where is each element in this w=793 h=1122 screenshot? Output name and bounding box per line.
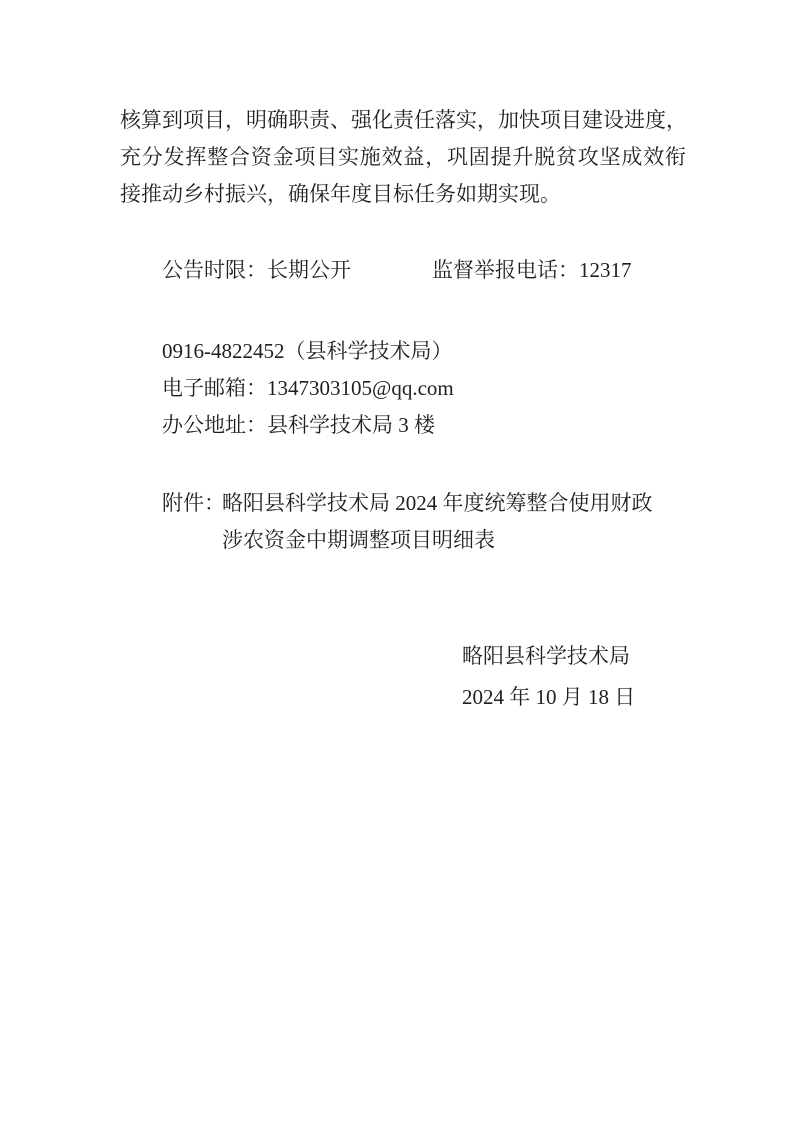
body-text-line-1: 核算到项目，明确职责、强化责任落实，加快项目建设进度， (120, 102, 690, 139)
contact-email-line: 电子邮箱：1347303105@qq.com (162, 370, 454, 407)
contact-phone-line: 0916-4822452（县科学技术局） (162, 333, 454, 370)
contact-address-line: 办公地址：县科学技术局 3 楼 (162, 407, 454, 444)
report-hotline: 监督举报电话：12317 (432, 252, 632, 289)
attachment-label: 附件： (162, 485, 222, 522)
body-paragraph: 核算到项目，明确职责、强化责任落实，加快项目建设进度， 充分发挥整合资金项目实施… (120, 102, 690, 213)
attachment-title-line-1: 略阳县科学技术局 2024 年度统筹整合使用财政 (222, 485, 653, 522)
attachment-block: 附件： 略阳县科学技术局 2024 年度统筹整合使用财政 涉农资金中期调整项目明… (162, 485, 653, 559)
signature-date: 2024 年 10 月 18 日 (462, 677, 635, 718)
body-text-line-2: 充分发挥整合资金项目实施效益，巩固提升脱贫攻坚成效衔 (120, 139, 690, 176)
attachment-title: 略阳县科学技术局 2024 年度统筹整合使用财政 涉农资金中期调整项目明细表 (222, 485, 653, 559)
publicity-period: 公告时限：长期公开 (162, 258, 351, 282)
contact-block: 0916-4822452（县科学技术局） 电子邮箱：1347303105@qq.… (162, 333, 454, 444)
notice-row: 公告时限：长期公开 监督举报电话：12317 (162, 252, 687, 289)
attachment-title-line-2: 涉农资金中期调整项目明细表 (222, 522, 653, 559)
signature-block: 略阳县科学技术局 2024 年 10 月 18 日 (462, 636, 635, 718)
body-text-line-3: 接推动乡村振兴，确保年度目标任务如期实现。 (120, 176, 690, 213)
document-page: 核算到项目，明确职责、强化责任落实，加快项目建设进度， 充分发挥整合资金项目实施… (0, 0, 793, 1122)
signature-agency: 略阳县科学技术局 (462, 636, 635, 677)
